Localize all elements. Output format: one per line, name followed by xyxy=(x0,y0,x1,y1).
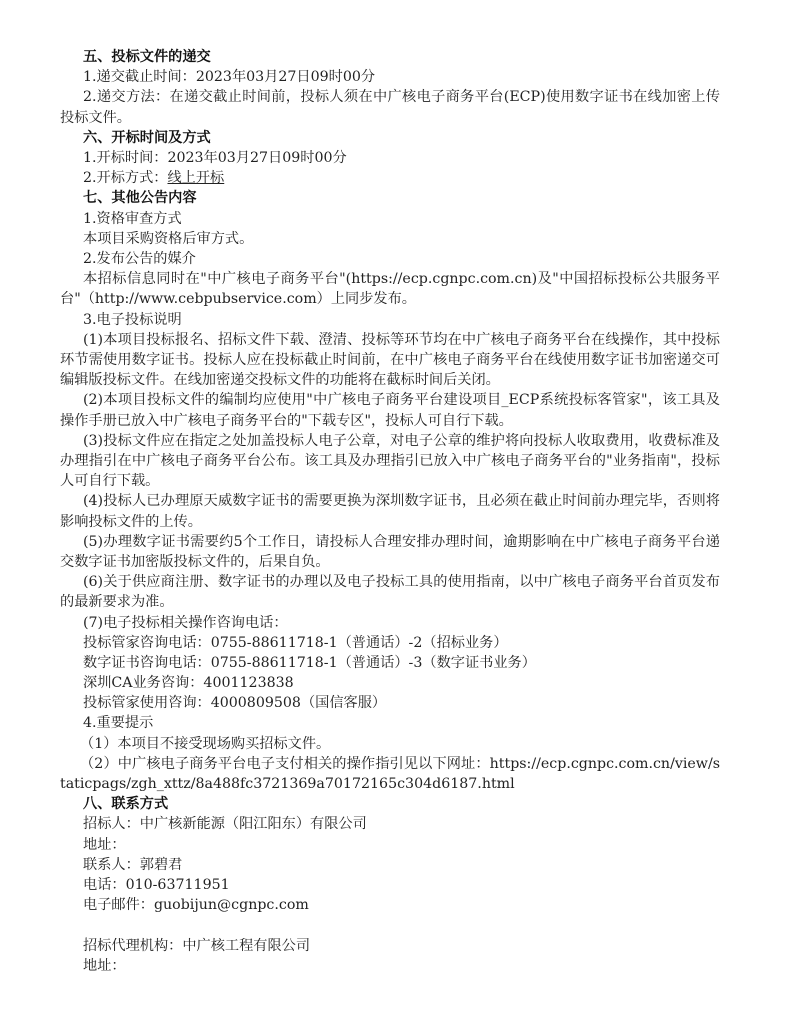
section-8-heading: 八、联系方式 xyxy=(60,794,720,814)
opening-time: 1.开标时间：2023年03月27日09时00分 xyxy=(60,148,720,168)
tenderer-address: 地址： xyxy=(60,835,720,855)
e-bidding-item: (6)关于供应商注册、数字证书的办理以及电子投标工具的使用指南，以中广核电子商务… xyxy=(60,572,720,612)
e-bidding-item: (7)电子投标相关操作咨询电话： xyxy=(60,613,720,633)
contact-phone: 电话：010-63711951 xyxy=(60,875,720,895)
e-bidding-item: (1)本项目投标报名、招标文件下载、澄清、投标等环节均在中广核电子商务平台在线操… xyxy=(60,330,720,391)
e-bidding-item: (3)投标文件应在指定之处加盖投标人电子公章，对电子公章的维护将向投标人收取费用… xyxy=(60,431,720,492)
notice-item-url[interactable]: （2）中广核电子商务平台电子支付相关的操作指引见以下网址：https://ecp… xyxy=(60,754,720,794)
submission-method: 2.递交方法：在递交截止时间前，投标人须在中广核电子商务平台(ECP)使用数字证… xyxy=(60,87,720,127)
submission-deadline: 1.递交截止时间：2023年03月27日09时00分 xyxy=(60,67,720,87)
qualification-title: 1.资格审查方式 xyxy=(60,209,720,229)
media-text: 本招标信息同时在"中广核电子商务平台"(https://ecp.cgnpc.co… xyxy=(60,269,720,309)
opening-method: 2.开标方式：线上开标 xyxy=(60,168,720,188)
contact-person: 联系人：郭碧君 xyxy=(60,855,720,875)
phone-line: 深圳CA业务咨询：4001123838 xyxy=(60,673,720,693)
section-7-heading: 七、其他公告内容 xyxy=(60,188,720,208)
agency: 招标代理机构：中广核工程有限公司 xyxy=(60,936,720,956)
contact-email[interactable]: 电子邮件：guobijun@cgnpc.com xyxy=(60,895,720,915)
document-page: 五、投标文件的递交 1.递交截止时间：2023年03月27日09时00分 2.递… xyxy=(60,47,720,976)
agency-address: 地址： xyxy=(60,956,720,976)
e-bidding-item: (2)本项目投标文件的编制均应使用"中广核电子商务平台建设项目_ECP系统投标客… xyxy=(60,390,720,430)
opening-method-value: 线上开标 xyxy=(167,170,224,186)
e-bidding-item: (4)投标人已办理原天威数字证书的需要更换为深圳数字证书，且必须在截止时间前办理… xyxy=(60,491,720,531)
notice-title: 4.重要提示 xyxy=(60,713,720,733)
media-title: 2.发布公告的媒介 xyxy=(60,249,720,269)
phone-line: 数字证书咨询电话：0755-88611718-1（普通话）-3（数字证书业务） xyxy=(60,653,720,673)
section-6-heading: 六、开标时间及方式 xyxy=(60,128,720,148)
phone-line: 投标管家使用咨询：4000809508（国信客服） xyxy=(60,693,720,713)
phone-line: 投标管家咨询电话：0755-88611718-1（普通话）-2（招标业务） xyxy=(60,633,720,653)
notice-item: （1）本项目不接受现场购买招标文件。 xyxy=(60,734,720,754)
e-bidding-title: 3.电子投标说明 xyxy=(60,310,720,330)
tenderer: 招标人：中广核新能源（阳江阳东）有限公司 xyxy=(60,814,720,834)
spacer xyxy=(60,915,720,935)
section-5-heading: 五、投标文件的递交 xyxy=(60,47,720,67)
qualification-text: 本项目采购资格后审方式。 xyxy=(60,229,720,249)
e-bidding-item: (5)办理数字证书需要约5个工作日，请投标人合理安排办理时间，逾期影响在中广核电… xyxy=(60,532,720,572)
opening-method-label: 2.开标方式： xyxy=(83,170,167,186)
